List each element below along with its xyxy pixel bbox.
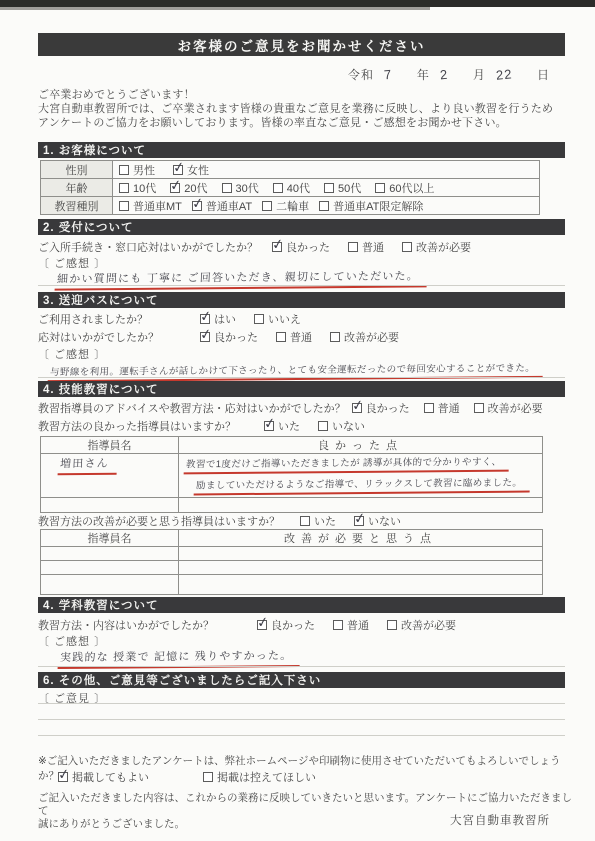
checkbox-label: 良かった — [271, 617, 315, 633]
course-row-label: 教習種別 — [41, 197, 113, 215]
checkbox-box-icon — [348, 242, 358, 252]
checkbox-box-icon — [262, 201, 272, 211]
checkbox-box-icon — [333, 620, 343, 630]
date-day-unit: 日 — [537, 68, 550, 82]
date-era: 令和 — [348, 68, 374, 82]
checkbox-box-icon — [119, 165, 129, 175]
checkbox-box-icon — [424, 403, 434, 413]
ruled-line — [38, 285, 565, 286]
table-header-row: 指導員名 良かった点 — [41, 437, 543, 454]
checkbox-box-icon — [375, 183, 385, 193]
checkbox-publish-no[interactable]: 掲載は控えてほしい — [203, 769, 316, 785]
instructor-name-handwritten: 増田さん — [58, 455, 118, 476]
skill-advice-question-row: 教習指導員のアドバイスや教習方法・応対はいかがでしたか？ 良かった 普通 改善が… — [38, 400, 568, 416]
checkbox-box-icon — [192, 201, 202, 211]
checkbox-box-icon — [58, 772, 68, 782]
section1-header-bar: 1. お客様について — [38, 142, 565, 158]
checkbox-box-icon — [276, 332, 286, 342]
skill-advice-question: 教習指導員のアドバイスや教習方法・応対はいかがでしたか？ — [38, 400, 346, 416]
checkbox-reception-normal[interactable]: 普通 — [348, 239, 384, 255]
checkbox-box-icon — [474, 403, 484, 413]
checkbox-box-icon — [170, 183, 180, 193]
checkbox-label: いた — [278, 418, 300, 434]
write-in-line[interactable] — [38, 719, 565, 720]
checkbox-label: 掲載してもよい — [72, 769, 149, 785]
checkbox-label: 改善が必要 — [401, 617, 456, 633]
checkbox-improve-instructor-yes[interactable]: いた — [300, 513, 336, 529]
checkbox-box-icon — [319, 201, 329, 211]
checkbox-box-icon — [119, 201, 129, 211]
instructor-name-header: 指導員名 — [41, 530, 179, 547]
checkbox-male[interactable]: 男性 — [119, 162, 155, 178]
good-instructor-question-row: 教習方法の良かった指導員はいますか？ いた いない — [38, 418, 568, 434]
date-month-handwritten: 2 — [440, 67, 450, 83]
good-point-line2-handwritten: 励ましていただけるようなご指導で、リラックスして教習に臨めました。 — [194, 475, 531, 496]
checkbox-reception-needs-improvement[interactable]: 改善が必要 — [402, 239, 471, 255]
academic-question-row: 教習方法・内容はいかがでしたか？ 良かった 普通 改善が必要 — [38, 617, 568, 633]
checkbox-label: 男性 — [133, 162, 155, 178]
checkbox-label: いた — [314, 513, 336, 529]
improve-instructor-table: 指導員名 改善が必要と思う点 — [40, 529, 543, 595]
good-instructor-row: 増田さん 教習で1度だけご指導いただきましたが 誘導が具体的で分かりやすく、 励… — [41, 454, 543, 498]
good-instructor-question: 教習方法の良かった指導員はいますか？ — [38, 418, 250, 434]
checkbox-label: はい — [214, 311, 236, 327]
gender-row-label: 性別 — [41, 161, 113, 179]
bus-used-question: ご利用されましたか？ — [38, 311, 186, 327]
checkbox-label: 20代 — [184, 180, 207, 196]
checkbox-label: 普通 — [290, 329, 312, 345]
checkbox-box-icon — [173, 165, 183, 175]
checkbox-age-20s[interactable]: 20代 — [170, 180, 207, 196]
section3-title: 3. 送迎バスについて — [43, 292, 159, 308]
empty-row — [41, 498, 543, 513]
form-title-bar: お客様のご意見をお聞かせください — [38, 33, 565, 56]
checkbox-female[interactable]: 女性 — [173, 162, 209, 178]
write-in-line[interactable] — [38, 703, 565, 704]
reception-question: ご入所手続き・窓口応対はいかがでしたか？ — [38, 239, 258, 255]
checkbox-label: 良かった — [366, 400, 410, 416]
academic-feedback-handwritten: 実践的な 授業で 記憶に 残りやすかった。 — [58, 647, 300, 668]
checkbox-box-icon — [222, 183, 232, 193]
checkbox-box-icon — [402, 242, 412, 252]
age-row-label: 年齢 — [41, 179, 113, 197]
checkbox-skill-normal[interactable]: 普通 — [424, 400, 460, 416]
good-points-header: 良かった点 — [179, 437, 543, 454]
checkbox-bus-good[interactable]: 良かった — [200, 329, 258, 345]
checkbox-label: 普通車MT — [133, 198, 182, 214]
section3-header-bar: 3. 送迎バスについて — [38, 292, 565, 308]
ruled-line — [38, 666, 565, 667]
checkbox-label: 良かった — [286, 239, 330, 255]
table-header-row: 指導員名 改善が必要と思う点 — [41, 530, 543, 547]
checkbox-box-icon — [324, 183, 334, 193]
checkbox-label: 10代 — [133, 180, 156, 196]
checkbox-age-40s[interactable]: 40代 — [273, 180, 310, 196]
academic-question: 教習方法・内容はいかがでしたか？ — [38, 617, 243, 633]
section4-title: 4. 技能教習について — [43, 381, 159, 397]
checkbox-box-icon — [119, 183, 129, 193]
date-year-handwritten: 7 — [384, 67, 394, 83]
empty-row — [41, 547, 543, 561]
date-line: 令和 7 年 2 月 22 日 — [38, 66, 550, 83]
checkbox-age-60s-plus[interactable]: 60代以上 — [375, 180, 434, 196]
checkbox-label: 改善が必要 — [416, 239, 471, 255]
date-day-handwritten: 22 — [496, 66, 514, 82]
checkbox-box-icon — [200, 314, 210, 324]
date-month-unit: 月 — [473, 68, 486, 82]
checkbox-academic-normal[interactable]: 普通 — [333, 617, 369, 633]
checkbox-box-icon — [273, 183, 283, 193]
checkbox-bus-yes[interactable]: はい — [200, 311, 236, 327]
checkbox-box-icon — [272, 242, 282, 252]
checkbox-box-icon — [318, 421, 328, 431]
school-signature: 大宮自動車教習所 — [38, 812, 550, 828]
customer-info-table: 性別 男性 女性 年齢 10代 20代 30代 40代 50代 60代以上 教習… — [40, 160, 540, 215]
empty-row — [41, 561, 543, 575]
checkbox-publish-ok[interactable]: 掲載してもよい — [58, 769, 149, 785]
checkbox-skill-good[interactable]: 良かった — [352, 400, 410, 416]
checkbox-course-at[interactable]: 普通車AT — [192, 198, 252, 214]
form-title: お客様のご意見をお聞かせください — [178, 35, 426, 55]
intro-paragraph: ご卒業おめでとうございます！ 大宮自動車教習所では、ご卒業されます皆様の貴重なご… — [38, 88, 568, 130]
empty-row — [41, 575, 543, 595]
table-row-age: 年齢 10代 20代 30代 40代 50代 60代以上 — [41, 179, 540, 197]
checkbox-box-icon — [387, 620, 397, 630]
checkbox-label: 普通 — [347, 617, 369, 633]
checkbox-label: 50代 — [338, 180, 361, 196]
section2-title: 2. 受付について — [43, 219, 134, 235]
checkbox-label: 普通 — [362, 239, 384, 255]
table-row-gender: 性別 男性 女性 — [41, 161, 540, 179]
section4-header-bar: 4. 技能教習について — [38, 381, 565, 397]
reception-question-row: ご入所手続き・窓口応対はいかがでしたか？ 良かった 普通 改善が必要 — [38, 239, 568, 255]
checkbox-label: 40代 — [287, 180, 310, 196]
checkbox-bus-needs-improvement[interactable]: 改善が必要 — [330, 329, 399, 345]
publish-options-row: 掲載してもよい 掲載は控えてほしい — [58, 769, 316, 787]
good-point-line1-handwritten: 教習で1度だけご指導いただきましたが 誘導が具体的で分かりやすく、 — [184, 454, 510, 475]
checkbox-academic-needs-improvement[interactable]: 改善が必要 — [387, 617, 456, 633]
section1-title: 1. お客様について — [43, 142, 146, 158]
scan-artifact-top — [0, 0, 595, 7]
checkbox-label: 60代以上 — [389, 180, 434, 196]
good-instructor-table: 指導員名 良かった点 増田さん 教習で1度だけご指導いただきましたが 誘導が具体… — [40, 436, 543, 513]
instructor-name-header: 指導員名 — [41, 437, 179, 454]
checkbox-good-instructor-yes[interactable]: いた — [264, 418, 300, 434]
section2-header-bar: 2. 受付について — [38, 219, 565, 235]
checkbox-reception-good[interactable]: 良かった — [272, 239, 330, 255]
checkbox-age-10s[interactable]: 10代 — [119, 180, 156, 196]
checkbox-bus-no[interactable]: いいえ — [254, 311, 301, 327]
checkbox-label: 普通 — [438, 400, 460, 416]
checkbox-academic-good[interactable]: 良かった — [257, 617, 315, 633]
bus-service-question-row: 応対はいかがでしたか？ 良かった 普通 改善が必要 — [38, 329, 568, 345]
checkbox-course-mt[interactable]: 普通車MT — [119, 198, 182, 214]
improve-instructor-question-row: 教習方法の改善が必要と思う指導員はいますか？ いた いない — [38, 513, 568, 529]
section5-header-bar: 4. 学科教習について — [38, 597, 565, 613]
checkbox-label: 良かった — [214, 329, 258, 345]
bus-used-question-row: ご利用されましたか？ はい いいえ — [38, 311, 568, 327]
checkbox-age-50s[interactable]: 50代 — [324, 180, 361, 196]
date-year-unit: 年 — [417, 68, 430, 82]
checkbox-box-icon — [203, 772, 213, 782]
checkbox-box-icon — [257, 620, 267, 630]
scan-artifact-top-shadow — [0, 7, 430, 10]
checkbox-box-icon — [254, 314, 264, 324]
survey-scan-page: お客様のご意見をお聞かせください 令和 7 年 2 月 22 日 ご卒業おめでと… — [0, 0, 595, 841]
checkbox-label: 普通車AT限定解除 — [333, 198, 423, 214]
checkbox-label: 普通車AT — [206, 198, 252, 214]
checkbox-age-30s[interactable]: 30代 — [222, 180, 259, 196]
checkbox-box-icon — [300, 516, 310, 526]
checkbox-improve-instructor-no[interactable]: いない — [354, 513, 401, 529]
checkbox-box-icon — [352, 403, 362, 413]
checkbox-label: 改善が必要 — [344, 329, 399, 345]
checkbox-label: 30代 — [236, 180, 259, 196]
write-in-line[interactable] — [38, 735, 565, 736]
checkbox-box-icon — [354, 516, 364, 526]
checkbox-good-instructor-no[interactable]: いない — [318, 418, 365, 434]
checkbox-course-motorcycle[interactable]: 二輪車 — [262, 198, 309, 214]
checkbox-label: いない — [368, 513, 401, 529]
checkbox-label: 掲載は控えてほしい — [217, 769, 316, 785]
improve-instructor-question: 教習方法の改善が必要と思う指導員はいますか？ — [38, 513, 286, 529]
checkbox-bus-normal[interactable]: 普通 — [276, 329, 312, 345]
checkbox-box-icon — [264, 421, 274, 431]
bus-service-question: 応対はいかがでしたか？ — [38, 329, 186, 345]
checkbox-box-icon — [200, 332, 210, 342]
section5-title: 4. 学科教習について — [43, 597, 159, 613]
checkbox-skill-needs-improvement[interactable]: 改善が必要 — [474, 400, 543, 416]
intro-line-1: ご卒業おめでとうございます！ — [38, 88, 568, 102]
improve-points-header: 改善が必要と思う点 — [179, 530, 543, 547]
checkbox-box-icon — [330, 332, 340, 342]
checkbox-label: 女性 — [187, 162, 209, 178]
section6-header-bar: 6. その他、ご意見等ございましたらご記入下さい — [38, 672, 565, 688]
ruled-line — [38, 377, 565, 378]
checkbox-label: 改善が必要 — [488, 400, 543, 416]
section6-title: 6. その他、ご意見等ございましたらご記入下さい — [43, 672, 321, 688]
intro-line-3: アンケートのご協力をお願いしております。皆様の率直なご意見・ご感想をお聞かせ下さ… — [38, 116, 568, 130]
checkbox-label: いいえ — [268, 311, 301, 327]
checkbox-label: いない — [332, 418, 365, 434]
intro-line-2: 大宮自動車教習所では、ご卒業されます皆様の貴重なご意見を業務に反映し、より良い教… — [38, 102, 568, 116]
table-row-course: 教習種別 普通車MT 普通車AT 二輪車 普通車AT限定解除 — [41, 197, 540, 215]
checkbox-course-at-limited[interactable]: 普通車AT限定解除 — [319, 198, 423, 214]
checkbox-label: 二輪車 — [276, 198, 309, 214]
